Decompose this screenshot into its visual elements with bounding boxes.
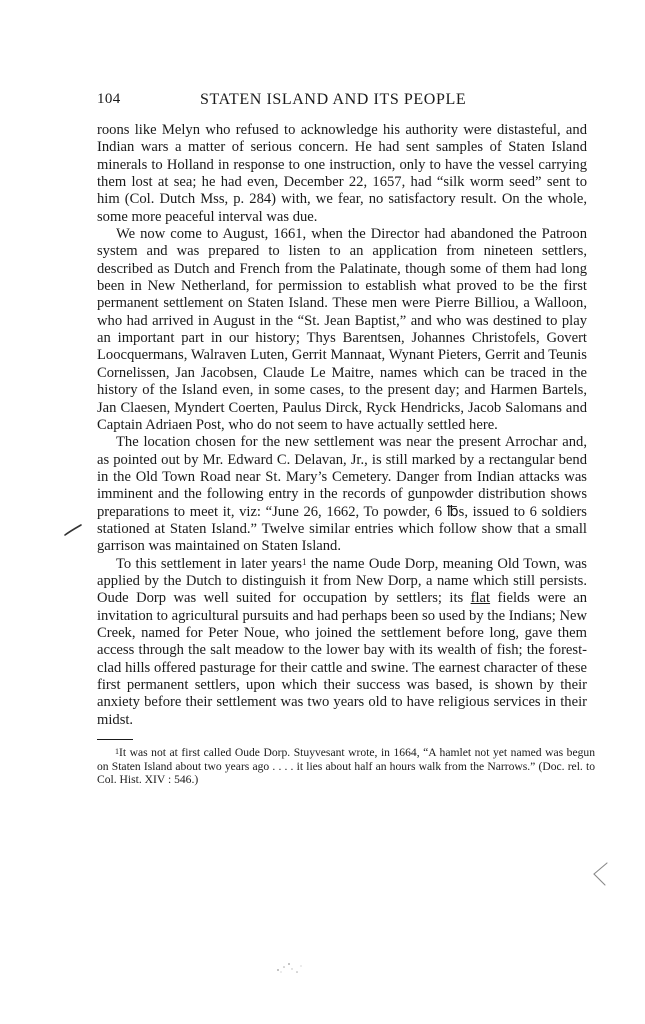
book-page: 104 STATEN ISLAND AND ITS PEOPLE roons l… bbox=[97, 88, 587, 787]
pencil-slash-icon bbox=[63, 523, 83, 537]
footnote-marker: 1 bbox=[115, 747, 119, 756]
paragraph-4: To this settlement in later years1 the n… bbox=[97, 556, 587, 729]
paragraph-3: The location chosen for the new settleme… bbox=[97, 434, 587, 555]
running-head: 104 STATEN ISLAND AND ITS PEOPLE bbox=[97, 88, 587, 110]
paragraph-4-part-1: To this settlement in later years bbox=[116, 556, 302, 572]
running-title: STATEN ISLAND AND ITS PEOPLE bbox=[200, 91, 466, 109]
paragraph-1: roons like Melyn who refused to acknowle… bbox=[97, 122, 587, 226]
footnote: 1It was not at first called Oude Dorp. S… bbox=[97, 746, 595, 787]
underlined-word: flat bbox=[471, 590, 490, 606]
pencil-angle-icon bbox=[590, 860, 610, 888]
paragraph-4-part-3: fields were an invitation to agricultura… bbox=[97, 590, 587, 727]
footnote-reference[interactable]: 1 bbox=[302, 557, 307, 567]
footnote-rule bbox=[97, 739, 133, 740]
paper-specks-icon bbox=[272, 960, 312, 974]
paragraph-2: We now come to August, 1661, when the Di… bbox=[97, 226, 587, 434]
body-text: roons like Melyn who refused to acknowle… bbox=[97, 122, 587, 729]
page-number: 104 bbox=[97, 91, 121, 108]
footnote-text: It was not at first called Oude Dorp. St… bbox=[97, 746, 595, 786]
